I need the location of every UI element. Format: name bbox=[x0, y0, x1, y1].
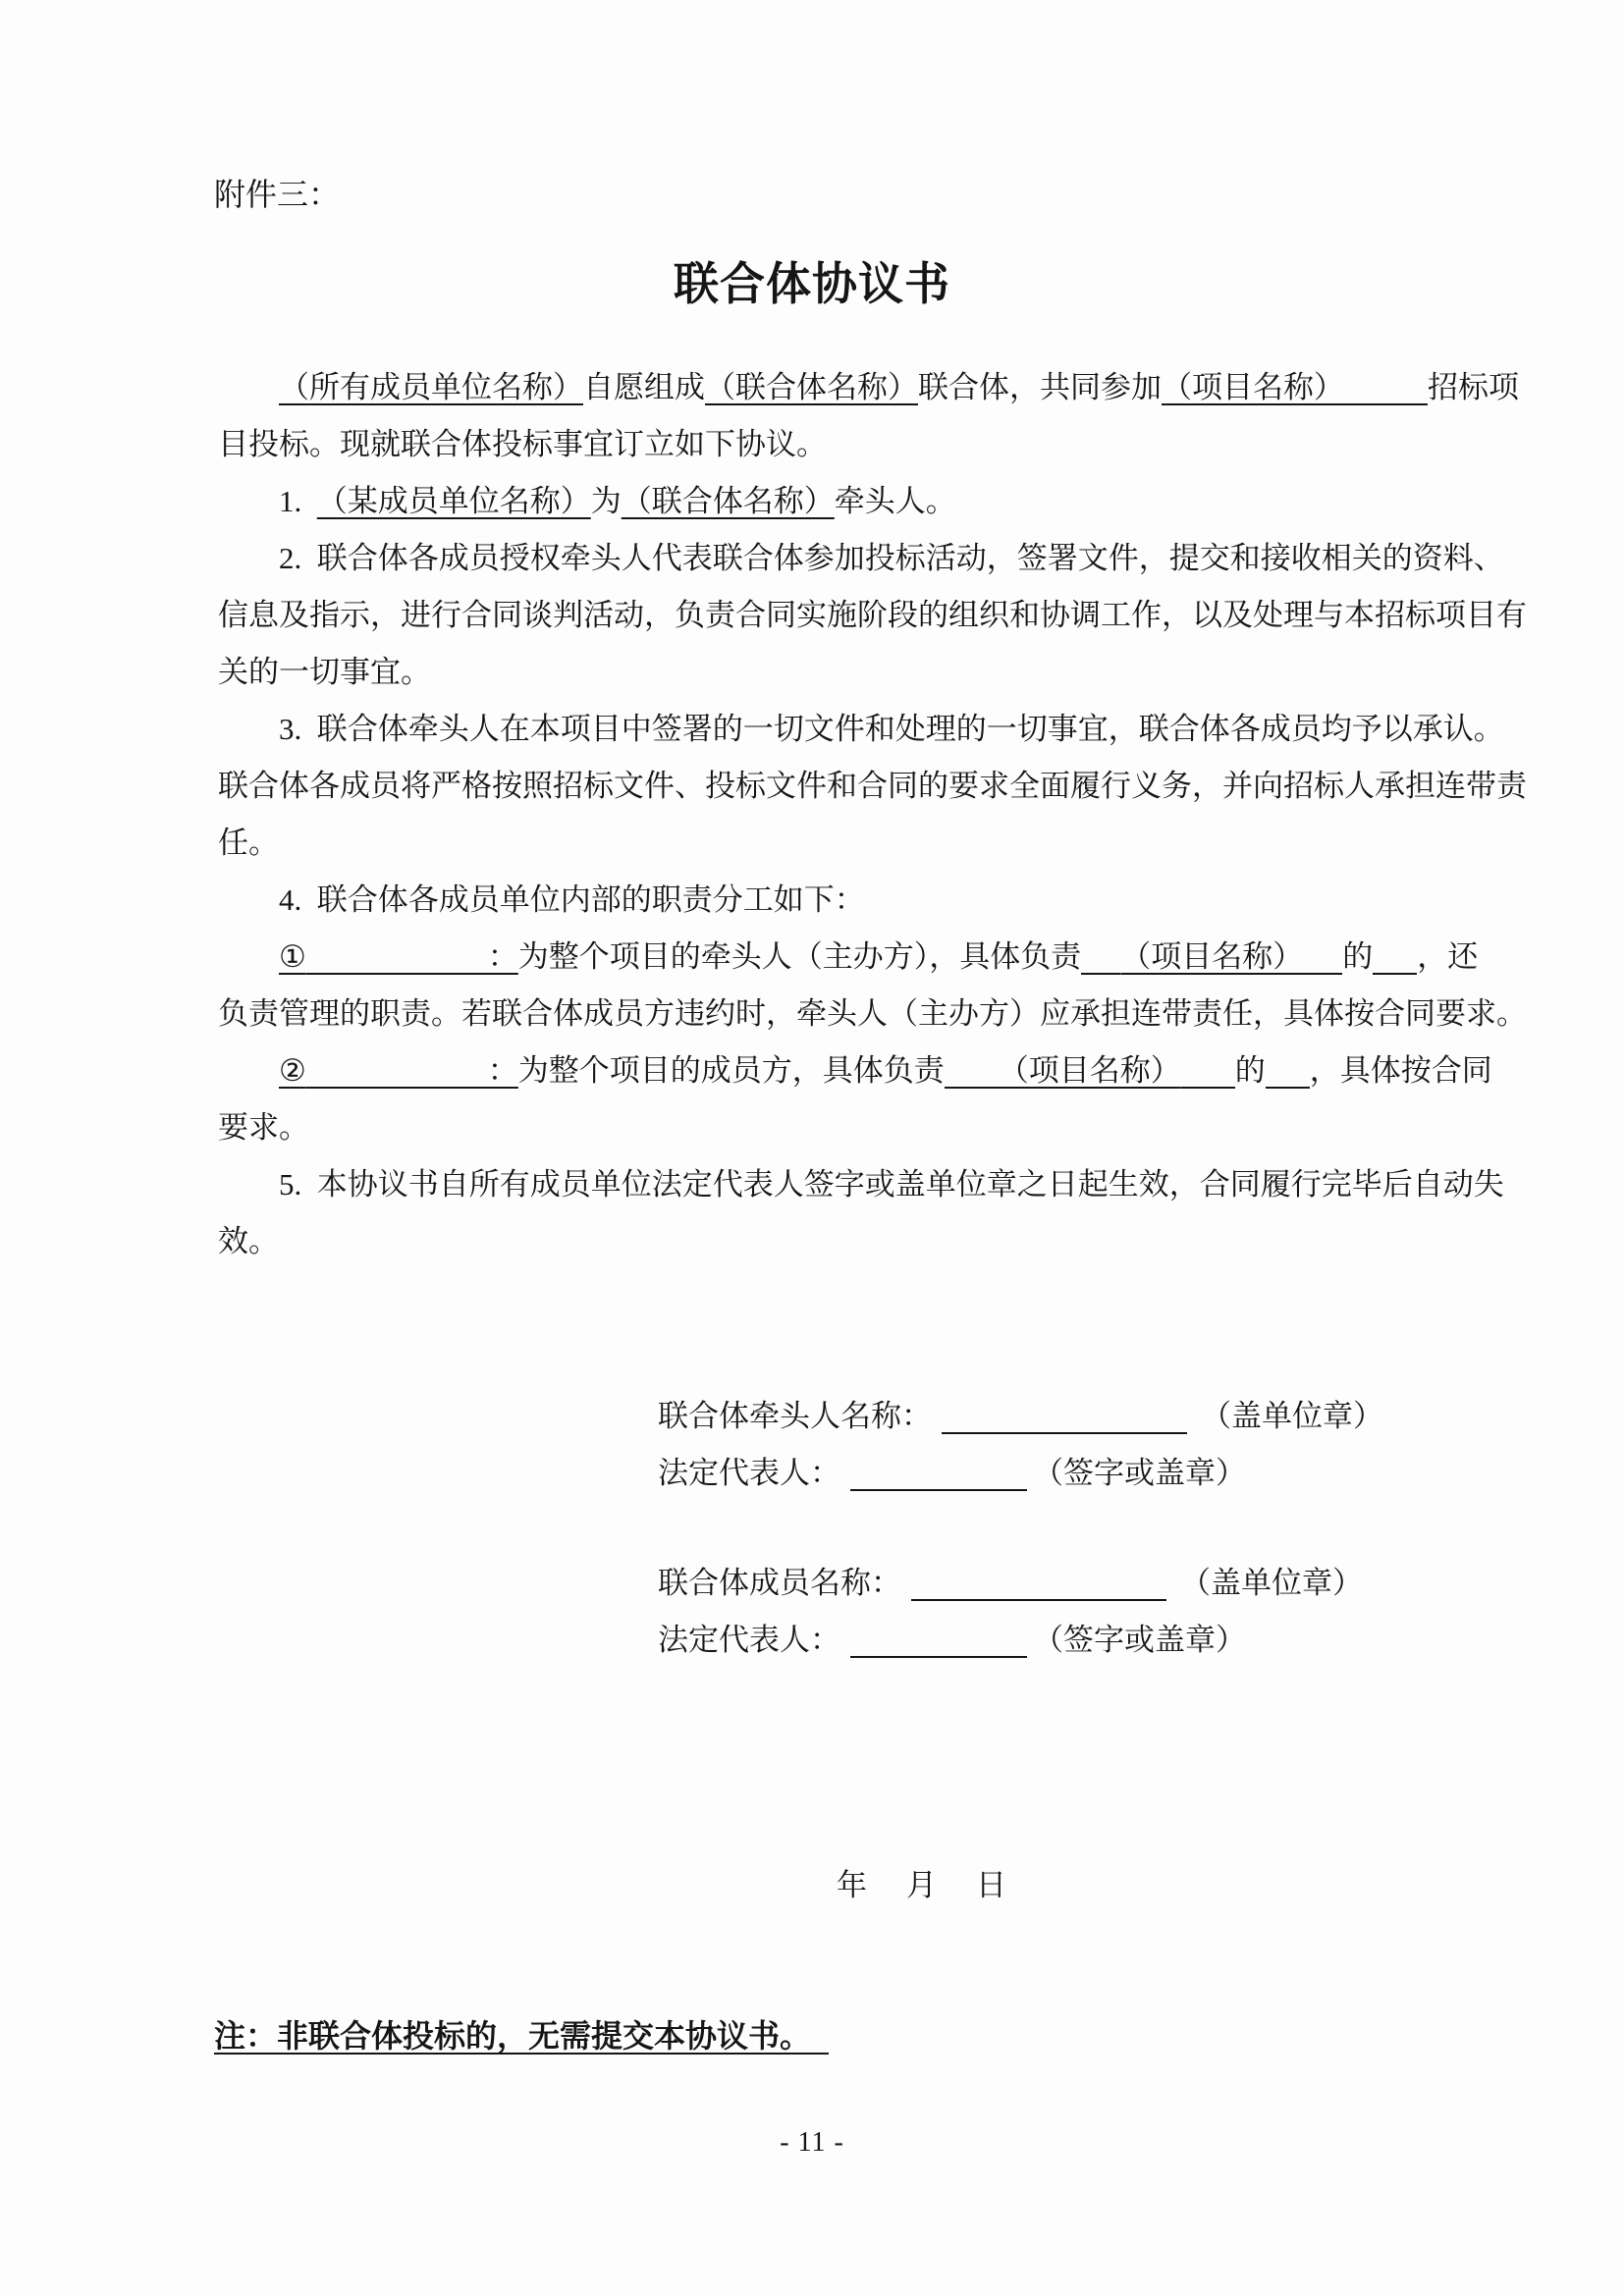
agreement-body: （所有成员单位名称）自愿组成（联合体名称）联合体，共同参加（项目名称）招标项目投… bbox=[218, 359, 1527, 1270]
footnote: 注：非联合体投标的，无需提交本协议书。 bbox=[214, 2007, 829, 2064]
text-line: 法定代表人：（签字或盖章） bbox=[658, 1612, 1363, 1669]
blank-underline bbox=[850, 1646, 1027, 1658]
spacer bbox=[840, 1648, 850, 1650]
text-line: 效。 bbox=[218, 1213, 1527, 1270]
text-segment: ① bbox=[279, 939, 306, 974]
text-segment: 法定代表人： bbox=[658, 1456, 840, 1490]
blank-underline bbox=[1266, 1077, 1310, 1089]
text-line: 1. （某成员单位名称）为（联合体名称）牵头人。 bbox=[218, 473, 1527, 530]
blank-underline bbox=[811, 2043, 829, 2055]
text-segment: （签字或盖章） bbox=[1033, 1623, 1246, 1657]
blank-underline bbox=[306, 963, 488, 975]
text-line: 4. 联合体各成员单位内部的职责分工如下： bbox=[218, 872, 1527, 929]
text-segment: 注：非联合体投标的，无需提交本协议书。 bbox=[214, 2018, 811, 2054]
text-segment: （项目名称） bbox=[1162, 370, 1344, 404]
text-segment: 自愿组成 bbox=[583, 370, 705, 404]
text-segment: （某成员单位名称） bbox=[317, 484, 591, 518]
text-segment: 日 bbox=[976, 1868, 1006, 1902]
spacer bbox=[901, 1591, 911, 1593]
page-number: - 11 - bbox=[0, 2125, 1624, 2161]
text-segment: ： bbox=[488, 1053, 518, 1088]
text-segment: （项目名称） bbox=[1120, 939, 1303, 974]
blank-underline bbox=[911, 1589, 1166, 1601]
text-line: 关的一切事宜。 bbox=[218, 644, 1527, 701]
scanned-document-page: { "attachment": { "label": "附件三：" }, "ti… bbox=[0, 0, 1624, 2296]
text-segment: 的 bbox=[1342, 939, 1373, 974]
signature-block-member: 联合体成员名称：（盖单位章）法定代表人：（签字或盖章） bbox=[658, 1555, 1363, 1669]
text-line: ②：为整个项目的成员方，具体负责（项目名称）的，具体按合同 bbox=[218, 1042, 1527, 1099]
text-segment: 效。 bbox=[218, 1224, 279, 1258]
text-segment: 任。 bbox=[218, 826, 279, 860]
text-segment: 年 bbox=[837, 1868, 867, 1902]
text-line: 联合体各成员将严格按照招标文件、投标文件和合同的要求全面履行义务，并向招标人承担… bbox=[218, 758, 1527, 815]
text-line: 3. 联合体牵头人在本项目中签署的一切文件和处理的一切事宜，联合体各成员均予以承… bbox=[218, 701, 1527, 758]
date-line: 年月日 bbox=[837, 1857, 1006, 1914]
text-segment: 的 bbox=[1235, 1053, 1266, 1088]
text-segment: （联合体名称） bbox=[705, 370, 918, 404]
blank-underline bbox=[945, 1077, 999, 1089]
text-segment: 负责管理的职责。若联合体成员方违约时，牵头人（主办方）应承担连带责任，具体按合同… bbox=[218, 996, 1527, 1031]
text-segment: （盖单位章） bbox=[1180, 1566, 1363, 1600]
text-line: ①：为整个项目的牵头人（主办方），具体负责（项目名称）的，还 bbox=[218, 929, 1527, 986]
text-segment: （联合体名称） bbox=[622, 484, 835, 518]
text-segment: ② bbox=[279, 1053, 306, 1088]
signature-block-leader: 联合体牵头人名称：（盖单位章）法定代表人：（签字或盖章） bbox=[658, 1388, 1383, 1502]
text-line: 年月日 bbox=[837, 1857, 1006, 1914]
text-segment: 为整个项目的牵头人（主办方），具体负责 bbox=[518, 939, 1082, 974]
text-segment: 联合体各成员将严格按照招标文件、投标文件和合同的要求全面履行义务，并向招标人承担… bbox=[218, 769, 1527, 803]
text-segment: （盖单位章） bbox=[1201, 1399, 1383, 1433]
blank-underline bbox=[1181, 1077, 1235, 1089]
text-segment: （项目名称） bbox=[999, 1053, 1181, 1088]
text-segment: （签字或盖章） bbox=[1033, 1456, 1246, 1490]
text-line: 5. 本协议书自所有成员单位法定代表人签字或盖单位章之日起生效，合同履行完毕后自… bbox=[218, 1156, 1527, 1213]
text-segment: 信息及指示，进行合同谈判活动，负责合同实施阶段的组织和协调工作，以及处理与本招标… bbox=[218, 598, 1527, 632]
text-segment: 月 bbox=[906, 1868, 937, 1902]
text-line: （所有成员单位名称）自愿组成（联合体名称）联合体，共同参加（项目名称）招标项 bbox=[218, 359, 1527, 416]
text-line: 信息及指示，进行合同谈判活动，负责合同实施阶段的组织和协调工作，以及处理与本招标… bbox=[218, 587, 1527, 644]
text-line: 联合体成员名称：（盖单位章） bbox=[658, 1555, 1363, 1612]
blank-underline bbox=[1081, 963, 1120, 975]
text-line: 任。 bbox=[218, 815, 1527, 872]
text-segment: 要求。 bbox=[218, 1110, 309, 1145]
text-line: 负责管理的职责。若联合体成员方违约时，牵头人（主办方）应承担连带责任，具体按合同… bbox=[218, 986, 1527, 1042]
text-line: 要求。 bbox=[218, 1099, 1527, 1156]
text-segment: ，具体按合同 bbox=[1310, 1053, 1492, 1088]
attachment-label: 附件三： bbox=[214, 177, 340, 212]
spacer bbox=[937, 1894, 976, 1896]
text-segment: 4. 联合体各成员单位内部的职责分工如下： bbox=[279, 882, 865, 917]
spacer bbox=[1166, 1591, 1180, 1593]
text-segment: 3. 联合体牵头人在本项目中签署的一切文件和处理的一切事宜，联合体各成员均予以承… bbox=[279, 712, 1504, 746]
blank-underline bbox=[1303, 963, 1342, 975]
text-line: 2. 联合体各成员授权牵头人代表联合体参加投标活动，签署文件，提交和接收相关的资… bbox=[218, 530, 1527, 587]
text-segment: 联合体，共同参加 bbox=[918, 370, 1162, 404]
text-segment: （所有成员单位名称） bbox=[279, 370, 583, 404]
text-line: 法定代表人：（签字或盖章） bbox=[658, 1445, 1383, 1502]
blank-underline bbox=[942, 1422, 1187, 1434]
blank-underline bbox=[1373, 963, 1417, 975]
blank-underline bbox=[306, 1077, 488, 1089]
spacer bbox=[840, 1481, 850, 1483]
text-segment: 为 bbox=[591, 484, 622, 518]
text-line: 目投标。现就联合体投标事宜订立如下协议。 bbox=[218, 416, 1527, 473]
text-segment: 5. 本协议书自所有成员单位法定代表人签字或盖单位章之日起生效，合同履行完毕后自… bbox=[279, 1167, 1504, 1201]
spacer bbox=[932, 1424, 942, 1426]
document-title: 联合体协议书 bbox=[0, 257, 1624, 312]
spacer bbox=[1187, 1424, 1201, 1426]
text-segment: ： bbox=[488, 939, 518, 974]
blank-underline bbox=[1344, 394, 1428, 405]
text-segment: 联合体成员名称： bbox=[658, 1566, 901, 1600]
text-segment: 2. 联合体各成员授权牵头人代表联合体参加投标活动，签署文件，提交和接收相关的资… bbox=[279, 541, 1504, 575]
text-segment: 关的一切事宜。 bbox=[218, 655, 431, 689]
spacer bbox=[867, 1894, 906, 1896]
text-segment: 为整个项目的成员方，具体负责 bbox=[518, 1053, 945, 1088]
text-line: 联合体牵头人名称：（盖单位章） bbox=[658, 1388, 1383, 1445]
text-segment: 1. bbox=[279, 484, 317, 518]
text-segment: 法定代表人： bbox=[658, 1623, 840, 1657]
text-segment: 联合体牵头人名称： bbox=[658, 1399, 932, 1433]
text-segment: 目投标。现就联合体投标事宜订立如下协议。 bbox=[218, 427, 827, 461]
blank-underline bbox=[850, 1479, 1027, 1491]
text-line: 注：非联合体投标的，无需提交本协议书。 bbox=[214, 2007, 829, 2064]
text-segment: 牵头人。 bbox=[835, 484, 956, 518]
text-segment: ，还 bbox=[1417, 939, 1478, 974]
text-segment: 招标项 bbox=[1428, 370, 1519, 404]
